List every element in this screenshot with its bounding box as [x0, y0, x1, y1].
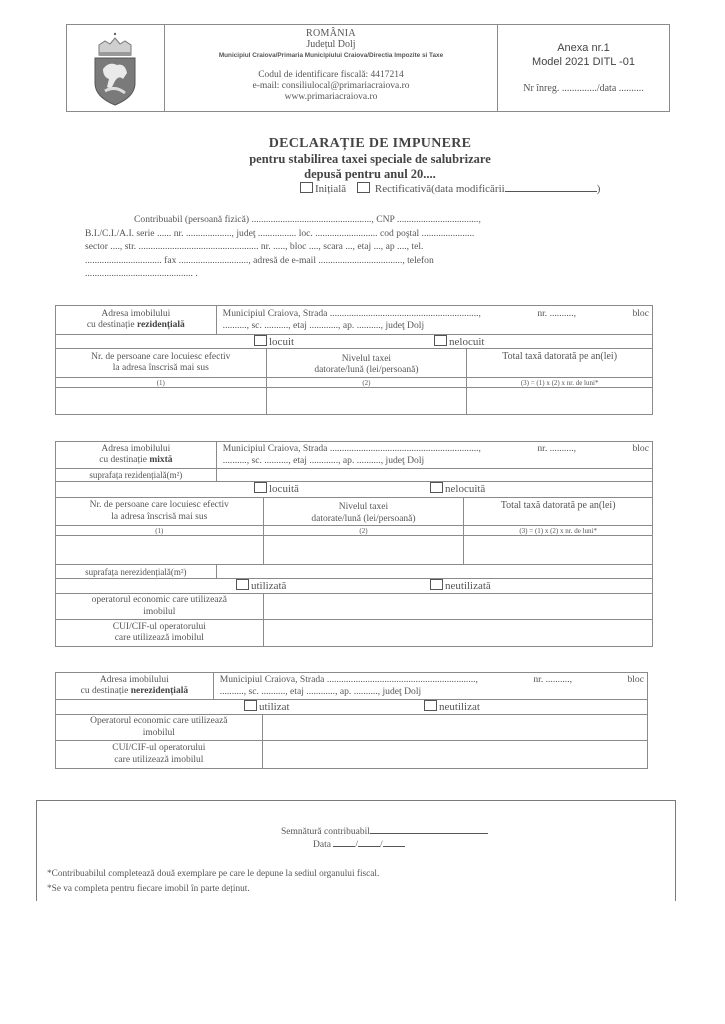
date-row: Data // — [313, 838, 405, 850]
registration-field[interactable]: Nr înreg. ............../data .......... — [498, 83, 669, 94]
title-subtitle: pentru stabilirea taxei speciale de salu… — [160, 152, 580, 167]
col-persons-header: Nr. de persoane care locuiesc efectivla … — [56, 349, 267, 378]
annex-block: Anexa nr.1 Model 2021 DITL -01 Nr înreg.… — [498, 25, 669, 111]
institution-name: Municipiul Craiova/Primaria Municipiului… — [165, 50, 497, 61]
cui-label: CUI/CIF-ul operatoruluicare utilizează i… — [56, 620, 264, 647]
utilizat-label: utilizat — [259, 701, 290, 713]
nelocuit-checkbox[interactable] — [434, 335, 447, 346]
mixed-address-label: Adresa imobilului cu destinație mixtă — [56, 442, 217, 469]
operator-label: Operatorul economic care utilizeazăimobi… — [56, 715, 263, 741]
col-tax-level-header: Nivelul taxeidatorate/lună (lei/persoană… — [266, 349, 467, 378]
website: www.primariacraiova.ro — [165, 92, 497, 103]
occupancy-row: locuită nelocuită — [56, 482, 653, 498]
signature-field[interactable] — [370, 825, 488, 834]
col-index: (1) — [56, 378, 267, 388]
tax-level-input[interactable] — [266, 388, 467, 415]
contributor-line[interactable]: sector ...., str. ......................… — [85, 240, 648, 254]
neutilizat-checkbox[interactable] — [424, 700, 437, 711]
mixed-address-field[interactable]: Municipiul Craiova, Strada .............… — [216, 442, 652, 469]
modification-date-field[interactable] — [505, 182, 597, 192]
residential-area-label: suprafața rezidențială(m²) — [56, 469, 217, 482]
col-index: (2) — [263, 526, 464, 536]
neutilizat-label: neutilizat — [439, 701, 480, 713]
persons-input[interactable] — [56, 536, 264, 565]
date-label: Data — [313, 840, 331, 850]
model-label: Model 2021 DITL -01 — [498, 55, 669, 69]
rectificativa-label: Rectificativă(data modificării — [375, 183, 505, 195]
usage-row: utilizată neutilizată — [56, 579, 653, 594]
footnotes: *Contribuabilul completează două exempla… — [47, 867, 379, 897]
col-tax-level-header: Nivelul taxeidatorate/lună (lei/persoană… — [263, 498, 464, 526]
operator-label: operatorul economic care utilizeazăimobi… — [56, 594, 264, 620]
operator-input[interactable] — [262, 715, 647, 741]
total-input[interactable] — [464, 536, 653, 565]
coat-of-arms-icon — [85, 31, 145, 107]
persons-input[interactable] — [56, 388, 267, 415]
title-main: DECLARAȚIE DE IMPUNERE — [160, 136, 580, 152]
usage-row: utilizat neutilizat — [56, 700, 648, 715]
locuita-label: locuită — [269, 483, 299, 495]
signature-label: Semnătură contribuabil — [281, 827, 370, 837]
date-month-field[interactable] — [358, 838, 380, 847]
tax-level-input[interactable] — [263, 536, 464, 565]
col-total-header: Total taxă datorată pe an(lei) — [464, 498, 653, 526]
rectificativa-checkbox[interactable] — [357, 182, 370, 193]
contributor-line[interactable]: ................................ fax ...… — [85, 254, 648, 268]
date-day-field[interactable] — [333, 838, 355, 847]
residential-address-field[interactable]: Municipiul Craiova, Strada .............… — [216, 306, 652, 335]
signature-box: Semnătură contribuabil Data // *Contribu… — [36, 800, 676, 901]
email: e-mail: consiliulocal@primariacraiova.ro — [165, 81, 497, 92]
county: Județul Dolj — [165, 39, 497, 50]
nonresidential-address-field[interactable]: Municipiul Craiova, Strada .............… — [213, 673, 647, 700]
utilizata-label: utilizată — [251, 580, 286, 592]
cui-input[interactable] — [263, 620, 652, 647]
signature-row: Semnătură contribuabil — [281, 825, 488, 837]
date-year-field[interactable] — [383, 838, 405, 847]
utilizat-checkbox[interactable] — [244, 700, 257, 711]
country: ROMÂNIA — [165, 28, 497, 39]
nonresidential-area-label: suprafața nerezidențială(m²) — [56, 565, 217, 579]
contributor-line[interactable]: ........................................… — [85, 267, 648, 281]
residential-area-input[interactable] — [216, 469, 652, 482]
col-index: (1) — [56, 526, 264, 536]
cui-label: CUI/CIF-ul operatoruluicare utilizează i… — [56, 741, 263, 769]
neutilizata-label: neutilizată — [445, 580, 491, 592]
neutilizata-checkbox[interactable] — [430, 579, 443, 590]
col-index: (2) — [266, 378, 467, 388]
col-persons-header: Nr. de persoane care locuiesc efectivla … — [56, 498, 264, 526]
contributor-line[interactable]: Contribuabil (persoană fizică) .........… — [102, 213, 648, 227]
locuit-label: locuit — [269, 336, 294, 348]
residential-address-label: Adresa imobilului cu destinație rezidenț… — [56, 306, 217, 335]
initial-checkbox[interactable] — [300, 182, 313, 193]
cui-input[interactable] — [262, 741, 647, 769]
nonresidential-property-table: Adresa imobilului cu destinație nerezide… — [55, 672, 648, 769]
nelocuita-checkbox[interactable] — [430, 482, 443, 493]
institution-block: ROMÂNIA Județul Dolj Municipiul Craiova/… — [165, 28, 497, 103]
nelocuita-label: nelocuită — [445, 483, 485, 495]
utilizata-checkbox[interactable] — [236, 579, 249, 590]
nonresidential-area-input[interactable] — [216, 565, 652, 579]
locuita-checkbox[interactable] — [254, 482, 267, 493]
contributor-details: Contribuabil (persoană fizică) .........… — [102, 213, 648, 281]
document-title: DECLARAȚIE DE IMPUNERE pentru stabilirea… — [160, 136, 580, 182]
fiscal-code: Codul de identificare fiscală: 4417214 — [165, 70, 497, 81]
nonresidential-address-label: Adresa imobilului cu destinație nerezide… — [56, 673, 214, 700]
close-paren: ) — [597, 183, 601, 195]
col-index: (3) = (1) x (2) x nr. de luni* — [464, 526, 653, 536]
contributor-line[interactable]: B.I./C.I./A.I. serie ...... nr. ........… — [85, 227, 648, 241]
header-box: ROMÂNIA Județul Dolj Municipiul Craiova/… — [66, 24, 670, 112]
col-index: (3) = (1) x (2) x nr. de luni* — [467, 378, 653, 388]
initial-label: Inițială — [315, 183, 346, 195]
residential-property-table: Adresa imobilului cu destinație rezidenț… — [55, 305, 653, 415]
footnote: *Se va completa pentru fiecare imobil în… — [47, 882, 379, 897]
locuit-checkbox[interactable] — [254, 335, 267, 346]
total-input[interactable] — [467, 388, 653, 415]
annex-label: Anexa nr.1 — [498, 41, 669, 55]
col-total-header: Total taxă datorată pe an(lei) — [467, 349, 653, 378]
footnote: *Contribuabilul completează două exempla… — [47, 867, 379, 882]
title-year: depusă pentru anul 20.... — [160, 167, 580, 182]
occupancy-row: locuit nelocuit — [56, 335, 653, 349]
declaration-type: Inițială Rectificativă(data modificării) — [300, 182, 600, 195]
mixed-property-table: Adresa imobilului cu destinație mixtă Mu… — [55, 441, 653, 647]
operator-input[interactable] — [263, 594, 652, 620]
nelocuit-label: nelocuit — [449, 336, 484, 348]
